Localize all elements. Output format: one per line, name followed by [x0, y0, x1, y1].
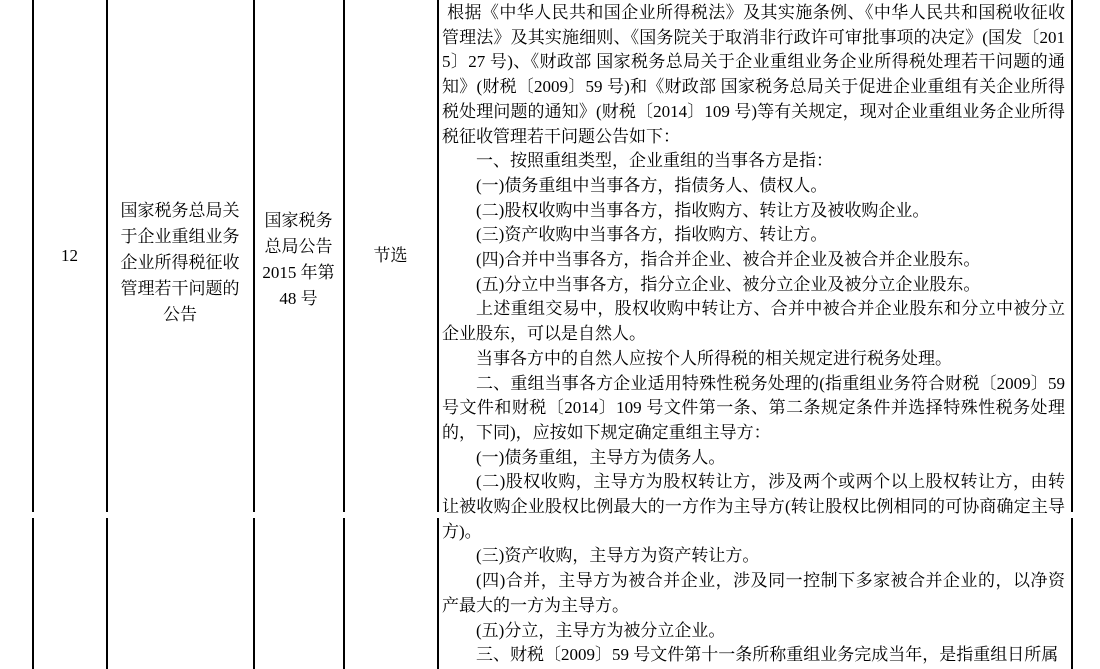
content-paragraph: 上述重组交易中，股权收购中转让方、合并中被合并企业股东和分立中被分立企业股东，可…: [442, 297, 1065, 346]
cell-excerpt-type: 节选: [344, 0, 437, 512]
content-paragraph: 当事各方中的自然人应按个人所得税的相关规定进行税务处理。: [442, 347, 1065, 372]
cell-row-number: 12: [33, 0, 106, 512]
content-paragraph: (五)分立中当事各方，指分立企业、被分立企业及被分立企业股东。: [442, 273, 1065, 298]
document-title: 国家税务总局关于企业重组业务企业所得税征收管理若干问题的公告: [118, 198, 242, 328]
content-paragraph: 二、重组当事各方企业适用特殊性税务处理的(指重组业务符合财税〔2009〕59 号…: [442, 372, 1065, 446]
excerpt-type-label: 节选: [374, 243, 408, 269]
table-vertical-border: [343, 518, 345, 669]
content-paragraph: (二)股权收购中当事各方，指收购方、转让方及被收购企业。: [442, 199, 1065, 224]
row-number: 12: [61, 243, 78, 269]
content-paragraph: (五)分立，主导方为被分立企业。: [442, 619, 1065, 644]
cell-document-title: 国家税务总局关于企业重组业务企业所得税征收管理若干问题的公告: [107, 0, 253, 512]
cell-document-number: 国家税务总局公告 2015 年第 48 号: [254, 0, 343, 512]
table-vertical-border: [32, 518, 34, 669]
content-paragraph: 一、按照重组类型，企业重组的当事各方是指：: [442, 149, 1065, 174]
table-vertical-border: [106, 518, 108, 669]
content-paragraph: (二)股权收购，主导方为股权转让方，涉及两个或两个以上股权转让方，由转让被收购企…: [442, 470, 1065, 544]
table-vertical-border: [253, 518, 255, 669]
cell-document-content: 根据《中华人民共和国企业所得税法》及其实施条例、《中华人民共和国税收征收管理法》…: [438, 0, 1071, 669]
document-page: 12 国家税务总局关于企业重组业务企业所得税征收管理若干问题的公告 国家税务总局…: [0, 0, 1100, 669]
content-paragraph: (一)债务重组中当事各方，指债务人、债权人。: [442, 174, 1065, 199]
content-paragraph: (三)资产收购，主导方为资产转让方。: [442, 544, 1065, 569]
content-paragraph: 根据《中华人民共和国企业所得税法》及其实施条例、《中华人民共和国税收征收管理法》…: [442, 1, 1065, 149]
document-number: 国家税务总局公告 2015 年第 48 号: [259, 208, 339, 312]
content-paragraph: (四)合并中当事各方，指合并企业、被合并企业及被合并企业股东。: [442, 248, 1065, 273]
content-paragraph: (四)合并，主导方为被合并企业，涉及同一控制下多家被合并企业的，以净资产最大的一…: [442, 569, 1065, 618]
content-paragraph: 三、财税〔2009〕59 号文件第十一条所称重组业务完成当年，是指重组日所属: [442, 643, 1065, 668]
table-vertical-border: [1071, 0, 1073, 512]
content-paragraph: (一)债务重组，主导方为债务人。: [442, 446, 1065, 471]
table-vertical-border: [1071, 518, 1073, 669]
content-paragraph: (三)资产收购中当事各方，指收购方、转让方。: [442, 223, 1065, 248]
